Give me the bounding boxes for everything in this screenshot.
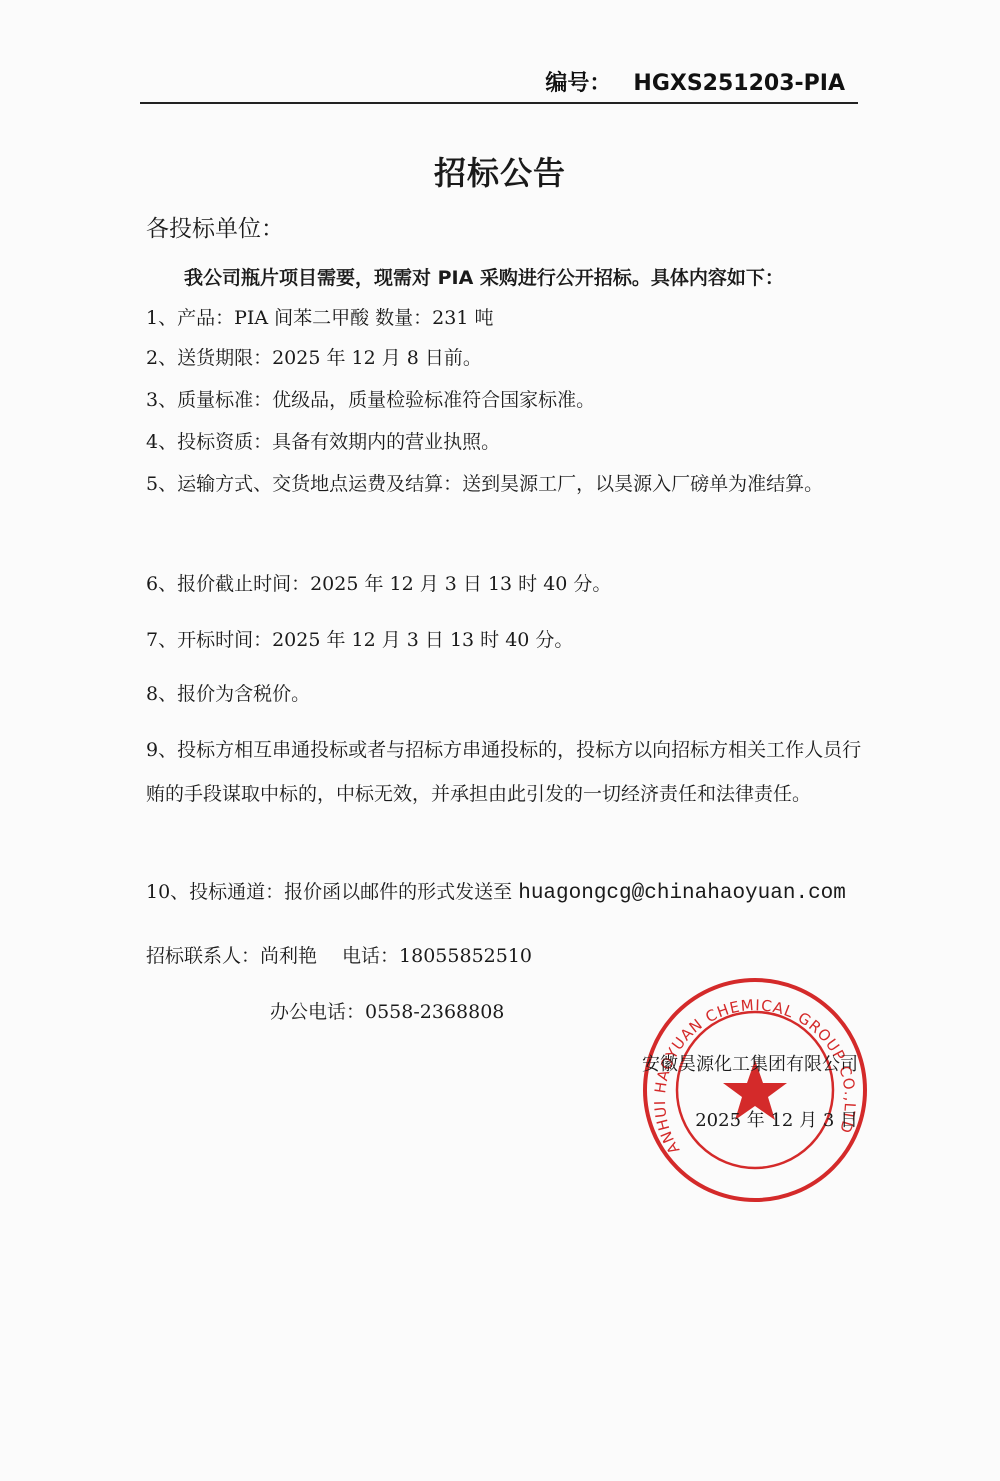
contact-person: 招标联系人：尚利艳 电话：18055852510 xyxy=(146,934,866,978)
item-product: 1、产品：PIA 间苯二甲酸 数量：231 吨 xyxy=(146,296,866,340)
signature-company: 安徽昊源化工集团有限公司 xyxy=(642,1050,858,1076)
document-number: 编号： HGXS251203-PIA xyxy=(545,66,845,97)
page-title: 招标公告 xyxy=(0,148,1000,194)
bid-channel-label: 10、投标通道：报价函以邮件的形式发送至 xyxy=(146,881,518,903)
item-transport-settlement: 5、运输方式、交货地点运费及结算：送到昊源工厂，以昊源入厂磅单为准结算。 xyxy=(146,462,866,506)
item-opening-time: 7、开标时间：2025 年 12 月 3 日 13 时 40 分。 xyxy=(146,618,866,662)
item-quality-standard: 3、质量标准：优级品，质量检验标准符合国家标准。 xyxy=(146,378,866,422)
company-seal-icon: ANHUI HAOYUAN CHEMICAL GROUP CO.,LTD xyxy=(640,975,870,1205)
signature-date: 2025 年 12 月 3 日 xyxy=(695,1106,858,1132)
intro-paragraph: 我公司瓶片项目需要，现需对 PIA 采购进行公开招标。具体内容如下： xyxy=(184,256,904,300)
item-bid-channel: 10、投标通道：报价函以邮件的形式发送至 huagongcg@chinahaoy… xyxy=(146,870,866,916)
item-quote-deadline: 6、报价截止时间：2025 年 12 月 3 日 13 时 40 分。 xyxy=(146,562,866,606)
document-number-value: HGXS251203-PIA xyxy=(633,71,845,96)
salutation: 各投标单位： xyxy=(146,210,284,243)
item-delivery-deadline: 2、送货期限：2025 年 12 月 8 日前。 xyxy=(146,336,866,380)
item-tax-included: 8、报价为含税价。 xyxy=(146,672,866,716)
bid-email-link[interactable]: huagongcg@chinahaoyuan.com xyxy=(518,882,846,905)
office-phone: 办公电话：0558-2368808 xyxy=(270,990,990,1034)
item-qualification: 4、投标资质：具备有效期内的营业执照。 xyxy=(146,420,866,464)
item-collusion-clause: 9、投标方相互串通投标或者与招标方串通投标的，投标方以向招标方相关工作人员行贿的… xyxy=(146,728,866,816)
header-divider xyxy=(140,102,858,104)
document-number-label: 编号： xyxy=(545,66,611,97)
